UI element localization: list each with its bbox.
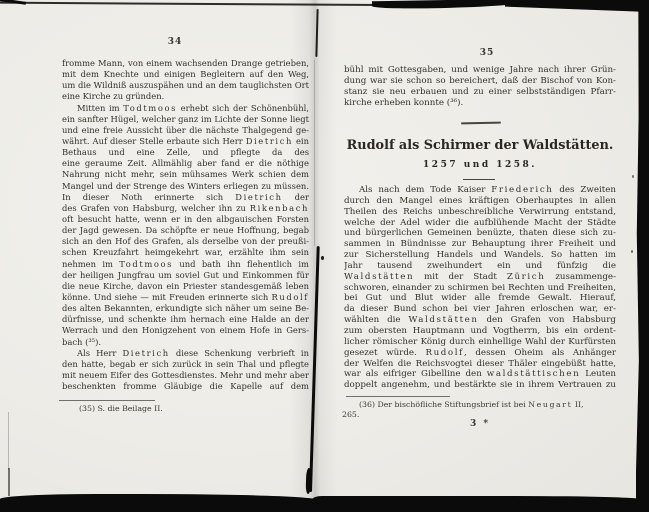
text-line: und bürgerlichen Gemeinen benüzte, thate…: [344, 228, 616, 239]
scan-bottom-curve-left: [0, 494, 318, 500]
text-line: stanz sie neu erbauen und zu einer selbs…: [344, 87, 616, 98]
scan-right-edge-band: [636, 6, 649, 512]
text-line: eine geraume Zeit. Allmählig aber fand e…: [62, 158, 309, 169]
text-line: fromme Mann, von einem wachsenden Drange…: [62, 58, 309, 69]
left-footnote: (35) S. die Beilage II.: [62, 404, 312, 414]
text-line: und eine freie Aussicht über die nächste…: [62, 125, 309, 136]
scan-left-dark-line: [8, 468, 10, 496]
text-line: 265.: [342, 410, 592, 420]
text-line: den hatte, begab er sich zurück in sein …: [62, 359, 309, 370]
text-line: Mitten im Todtmoos erhebt sich der Schön…: [62, 103, 309, 114]
text-line: währt. Auf dieser Stelle erbaute sich He…: [62, 136, 309, 147]
right-footnote: (36) Der bischöfliche Stiftungsbrief ist…: [342, 400, 592, 419]
book-scan-spread: 34 fromme Mann, von einem wachsenden Dra…: [0, 0, 649, 512]
scan-top-ink-blob: [372, 0, 522, 9]
scan-left-faint-line: [8, 412, 9, 470]
text-line: Werrach und den Honigzehent von einem Ho…: [62, 325, 309, 336]
text-line: Theilen des Reichs unbeschreibliche Verw…: [344, 207, 616, 218]
text-line: Mangel und der Strenge des Winters erlie…: [62, 181, 309, 192]
text-line: (35) S. die Beilage II.: [62, 404, 312, 414]
text-line: doppelt angenehm, und bestärkte sie in i…: [344, 380, 616, 391]
right-page-body: Als nach dem Tode Kaiser Friederich des …: [344, 185, 616, 391]
text-line: sich an den Hof des Grafen, als derselbe…: [62, 236, 309, 247]
section-separator-rule: [461, 122, 501, 125]
text-line: welche der Adel wider die aufblühende Ma…: [344, 218, 616, 229]
right-page-number: 35: [472, 48, 502, 58]
right-footnote-rule: [346, 396, 450, 397]
text-line: Als nach dem Tode Kaiser Friederich des …: [344, 185, 616, 196]
text-line: Bethaus und eine Zelle, und pflegte da d…: [62, 147, 309, 158]
text-line: eine Kirche zu gründen.: [62, 91, 309, 102]
text-line: bei Gut und Blut wider alle fremde Gewal…: [344, 293, 616, 304]
text-line: bühl mit Gottesgaben, und wenige Jahre n…: [344, 65, 616, 76]
text-line: (36) Der bischöfliche Stiftungsbrief ist…: [342, 400, 592, 410]
left-page-number: 34: [160, 37, 190, 47]
text-line: könne. Und siehe — mit Freuden erinnerte…: [62, 292, 309, 303]
scan-top-edge-line: [0, 2, 430, 7]
text-line: war als eifriger Gibelline den waldstätt…: [344, 369, 616, 380]
fold-line-middle: [314, 60, 315, 246]
text-line: dung war sie schon so bereichert, daß de…: [344, 76, 616, 87]
text-line: um die Wildniß auszuspähen und an dem ta…: [62, 80, 309, 91]
text-line: In dieser Noth erinnerte sich Dietrich d…: [62, 192, 309, 203]
ink-speck: [632, 175, 634, 178]
text-line: zum obersten Hauptmann und Vogtherrn, bi…: [344, 326, 616, 337]
scan-bottom-curve-right: [312, 496, 649, 500]
text-line: mit dem Knechte und einigen Begleitern a…: [62, 69, 309, 80]
text-line: beschenkten fromme Gläubige die Kapelle …: [62, 381, 309, 392]
ink-speck: [321, 256, 324, 260]
text-line: kirche erheben konnte (³⁶).: [344, 98, 616, 109]
text-line: der Jagd gewesen. Da schöpfte er neue Ho…: [62, 225, 309, 236]
right-page-top-paragraph: bühl mit Gottesgaben, und wenige Jahre n…: [344, 65, 616, 109]
text-line: nehmen im Todtmoos und bath ihn flehentl…: [62, 259, 309, 270]
section-dates: 1257 und 1258.: [344, 160, 616, 170]
section-title: Rudolf als Schirmer der Waldstätten.: [344, 138, 616, 153]
text-line: Jahr tausend zweihundert ein und fünfzig…: [344, 261, 616, 272]
dates-rule: [463, 179, 495, 180]
text-line: zur Sicherstellung Handels und Wandels. …: [344, 250, 616, 261]
text-line: licher römischer König durch einhellige …: [344, 337, 616, 348]
text-line: Als Herr Dietrich diese Schenkung verbri…: [62, 348, 309, 359]
text-line: wählten die Waldstätten den Grafen von H…: [344, 315, 616, 326]
scan-bottom-band: [0, 499, 649, 512]
text-line: ein sanfter Hügel, welcher ganz im Licht…: [62, 114, 309, 125]
text-line: Waldstätten mit der Stadt Zürich zusamme…: [344, 272, 616, 283]
left-footnote-rule: [59, 400, 155, 401]
left-page-body: fromme Mann, von einem wachsenden Drange…: [62, 58, 309, 392]
text-line: da dieser Bund schon bei vier Jahren erl…: [344, 304, 616, 315]
text-line: Nahrung nicht mehr, sein mühsames Werk s…: [62, 169, 309, 180]
text-line: dürfnisse, und schenkte ihm hernach eine…: [62, 314, 309, 325]
signature-mark: 3 *: [344, 419, 616, 429]
text-line: der heiligen Jungfrau um soviel Gut und …: [62, 270, 309, 281]
text-line: des alten Bekannten, erkundigte sich näh…: [62, 303, 309, 314]
ink-speck: [631, 250, 633, 253]
text-line: des Grafen von Habsburg, welcher ihn zu …: [62, 203, 309, 214]
scan-top-right-band: [505, 0, 649, 12]
text-line: schen Kreuzfahrt heimgekehrt war, erzähl…: [62, 247, 309, 258]
text-line: bach (³⁵).: [62, 337, 309, 348]
text-line: sammen in Bündnisse zur Behauptung ihrer…: [344, 239, 616, 250]
text-line: der Welfen die Reichsvogtei dieser Thäle…: [344, 359, 616, 370]
text-line: schworen, einander zu schirmen bei Recht…: [344, 283, 616, 294]
text-line: gesezet würde. Rudolf, dessen Oheim als …: [344, 348, 616, 359]
text-line: oft besucht hatte, wenn er in den albgau…: [62, 214, 309, 225]
text-line: durch den Mangel eines kräftigen Oberhau…: [344, 196, 616, 207]
text-line: mit neuem Eifer des Gottesdienstes. Mehr…: [62, 370, 309, 381]
text-line: die neue Kirche, davon ein Priester stan…: [62, 281, 309, 292]
